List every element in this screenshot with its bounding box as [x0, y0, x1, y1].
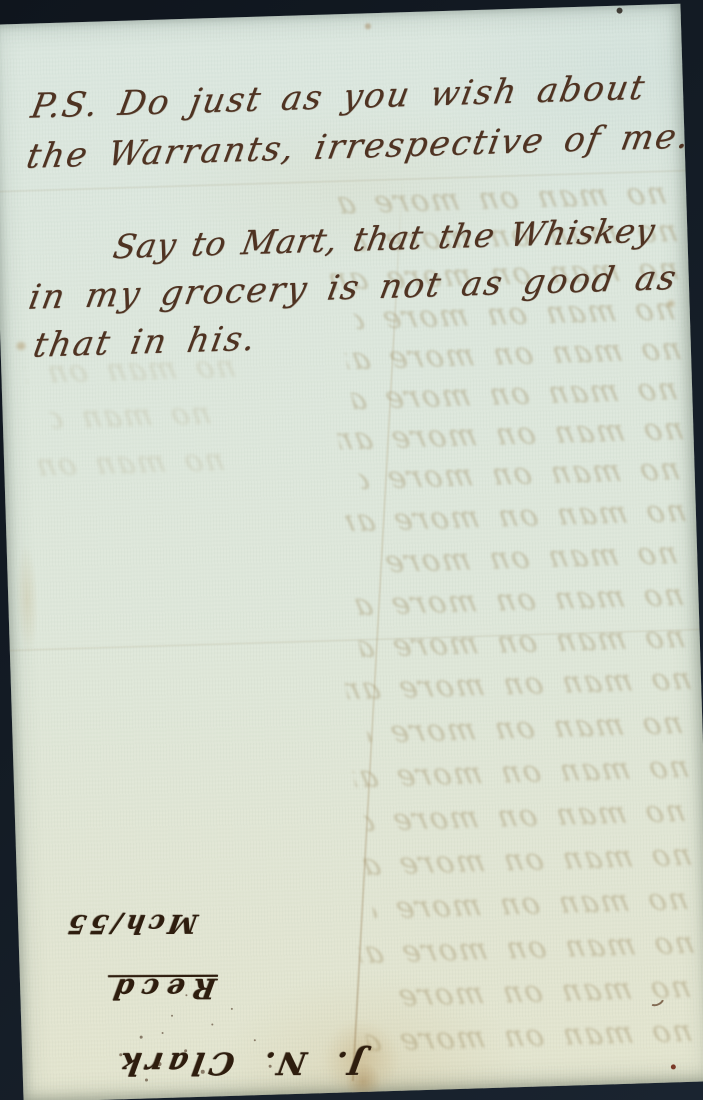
ink-bleedthrough-line: no man on more announce and over income … — [30, 443, 227, 485]
ink-speckle-dot — [145, 1078, 148, 1081]
ink-speckle-dot — [201, 1070, 205, 1074]
ink-bleedthrough-layer: no man on more announce and over income … — [0, 4, 680, 25]
ink-speckle-dot — [162, 1032, 164, 1034]
scan-background: no man on more announce and over income … — [0, 0, 703, 1100]
ink-bleedthrough-line: no man on more announce and over income … — [369, 882, 691, 927]
handwriting-line-postscript-2: the Warrants, irrespective of me. — [23, 116, 694, 177]
ink-speckle-dot — [157, 1062, 161, 1066]
ink-bleedthrough-line: no man on more announce and over income … — [377, 970, 694, 1015]
ink-bleedthrough-line: no man on more announce and over income … — [342, 662, 694, 708]
ink-speckle-dot — [231, 1008, 233, 1010]
stain-blot — [15, 544, 40, 655]
ink-bleedthrough-line: no man on more announce and over income … — [356, 926, 698, 972]
ink-speckle-dot — [184, 1049, 187, 1052]
docket-block: J. N. Clark Recd Mch/55 — [27, 858, 366, 1089]
foxing-spot — [365, 23, 371, 29]
ink-bleedthrough-line: no man on more announce and over income … — [47, 396, 214, 437]
ink-speckle-dot — [269, 1065, 272, 1068]
ink-speckle-dot — [254, 1039, 256, 1041]
ink-bleedthrough-line: no man on more announce and over income … — [349, 372, 681, 418]
ink-bleedthrough-line: no man on more announce and over income … — [350, 750, 692, 796]
ink-speckle-dot — [185, 994, 187, 996]
ink-bleedthrough-line: no man on more announce and over income … — [361, 794, 688, 840]
ink-speckles — [0, 4, 680, 25]
docket-received-note: Recd — [25, 972, 219, 1006]
handwriting-line-postscript-1: P.S. Do just as you wish about — [28, 68, 649, 127]
ink-speckle-dot — [211, 1023, 213, 1025]
ink-bleedthrough-line: no man on more announce and over income … — [363, 1014, 695, 1060]
letter-page: no man on more announce and over income … — [0, 4, 703, 1100]
docket-date: Mch/55 — [25, 908, 200, 939]
docket-signature: J. N. Clark — [25, 1044, 367, 1081]
ink-bleedthrough-line: no man on more announce and over income … — [350, 578, 687, 624]
ink-bleedthrough-line: no man on more announce and over income … — [356, 452, 683, 498]
handwriting-line-body-3: that in his. — [30, 319, 260, 366]
foxing-spot — [16, 342, 25, 350]
ink-dot — [671, 1064, 676, 1069]
ink-dot — [616, 7, 622, 13]
ink-bleedthrough-line: no man on more announce and over income … — [364, 536, 681, 581]
ink-speckle-dot — [140, 1036, 143, 1039]
ink-speckle-dot — [227, 1056, 230, 1059]
ink-bleedthrough-line: no man on more announce and over income … — [342, 494, 689, 540]
ink-speckle-dot — [171, 1015, 173, 1017]
ink-bleedthrough-line: no man on more announce and over income … — [358, 838, 695, 884]
ink-bleedthrough-line: no man on more announce and over income … — [364, 706, 686, 751]
ink-bleedthrough-line: no man on more announce and over income … — [356, 620, 688, 666]
